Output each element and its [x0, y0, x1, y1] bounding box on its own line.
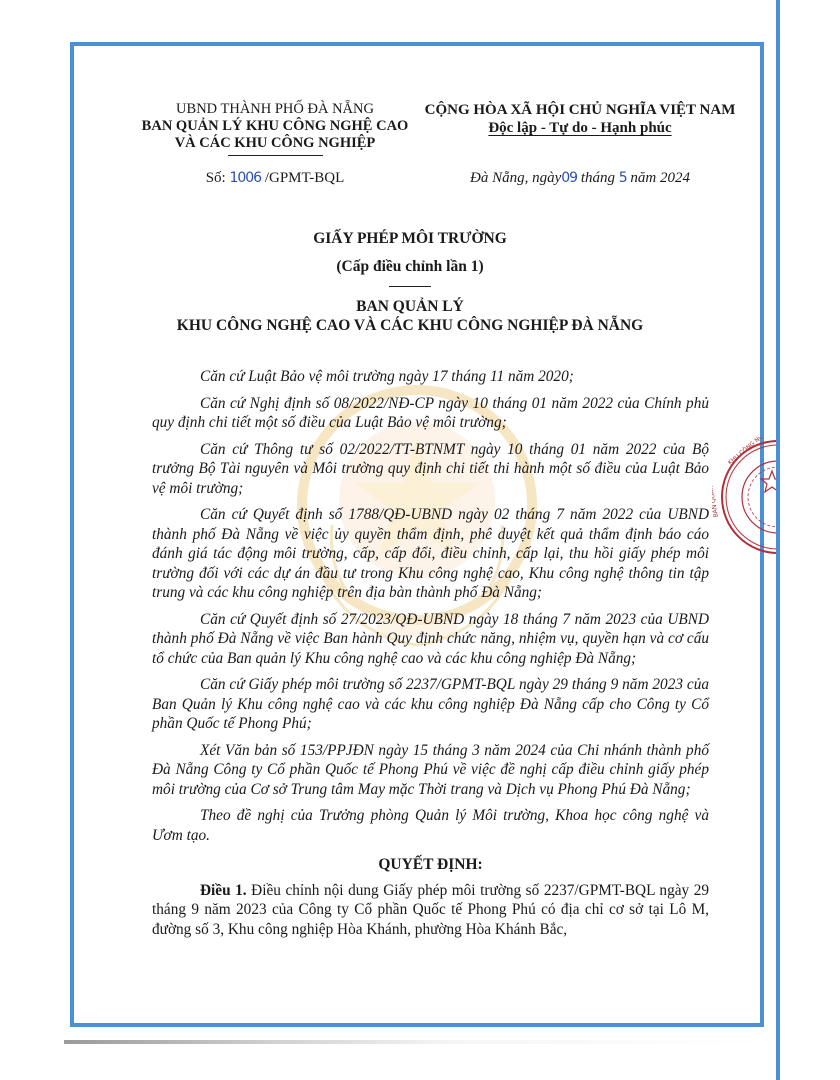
preamble-paragraph: Căn cứ Luật Bảo vệ môi trường ngày 17 th…: [152, 367, 709, 387]
document-number-suffix: /GPMT-BQL: [261, 170, 344, 186]
document-number: Số: 1006 /GPMT-BQL: [130, 170, 420, 187]
date-year: năm 2024: [627, 170, 690, 186]
article-1-label: Điều 1.: [200, 882, 247, 899]
handwritten-month: 5: [619, 170, 627, 186]
page-edge-shadow: [64, 1040, 764, 1044]
handwritten-document-number: 1006: [229, 170, 261, 186]
svg-text:BAN QUẢN LÝ: BAN QUẢN LÝ: [712, 476, 720, 518]
document-number-prefix: Số:: [206, 170, 230, 186]
scan-edge-line: [776, 0, 780, 1080]
decision-heading: QUYẾT ĐỊNH:: [152, 855, 709, 875]
preamble-paragraph: Căn cứ Giấy phép môi trường số 2237/GPMT…: [152, 675, 709, 734]
svg-text:KHU CÔNG NGHỆ: KHU CÔNG NGHỆ: [726, 437, 771, 467]
title-divider: [389, 286, 431, 287]
preamble-paragraph: Theo đề nghị của Trưởng phòng Quản lý Mô…: [152, 806, 709, 845]
preamble-paragraph: Xét Văn bản số 153/PPJĐN ngày 15 tháng 3…: [152, 741, 709, 800]
preamble-paragraph: Căn cứ Nghị định số 08/2022/NĐ-CP ngày 1…: [152, 394, 709, 433]
date-place: Đà Nẵng, ngày: [470, 170, 561, 186]
official-seal-stamp-icon: KHU CÔNG NGHỆ BAN QUẢN LÝ: [712, 437, 778, 557]
preamble-paragraph: Căn cứ Thông tư số 02/2022/TT-BTNMT ngày…: [152, 440, 709, 499]
issuer-line-2: KHU CÔNG NGHỆ CAO VÀ CÁC KHU CÔNG NGHIỆP…: [100, 316, 720, 335]
national-title: CỘNG HÒA XÃ HỘI CHỦ NGHĨA VIỆT NAM: [420, 101, 740, 119]
document-date: Đà Nẵng, ngày09 tháng 5 năm 2024: [420, 170, 740, 187]
document-title-block: GIẤY PHÉP MÔI TRƯỜNG (Cấp điều chỉnh lần…: [100, 228, 720, 335]
document-subtitle: (Cấp điều chỉnh lần 1): [100, 256, 720, 278]
document-title: GIẤY PHÉP MÔI TRƯỜNG: [100, 228, 720, 250]
national-title-block: CỘNG HÒA XÃ HỘI CHỦ NGHĨA VIỆT NAM Độc l…: [420, 101, 740, 137]
document-body: Căn cứ Luật Bảo vệ môi trường ngày 17 th…: [152, 367, 709, 946]
national-motto: Độc lập - Tự do - Hạnh phúc: [420, 119, 740, 137]
authority-underline: [228, 155, 323, 156]
authority-name-line1: BAN QUẢN LÝ KHU CÔNG NGHỆ CAO: [130, 118, 420, 135]
issuer-line-1: BAN QUẢN LÝ: [100, 297, 720, 316]
date-month-label: tháng: [577, 170, 619, 186]
authority-parent: UBND THÀNH PHỐ ĐÀ NẴNG: [130, 101, 420, 118]
preamble-paragraph: Căn cứ Quyết định số 1788/QĐ-UBND ngày 0…: [152, 505, 709, 603]
handwritten-day: 09: [561, 170, 577, 186]
preamble-paragraph: Căn cứ Quyết định số 27/2023/QĐ-UBND ngà…: [152, 610, 709, 669]
issuing-authority-block: UBND THÀNH PHỐ ĐÀ NẴNG BAN QUẢN LÝ KHU C…: [130, 101, 420, 156]
authority-name-line2: VÀ CÁC KHU CÔNG NGHIỆP: [130, 135, 420, 152]
article-1-paragraph: Điều 1. Điều chỉnh nội dung Giấy phép mô…: [152, 881, 709, 940]
